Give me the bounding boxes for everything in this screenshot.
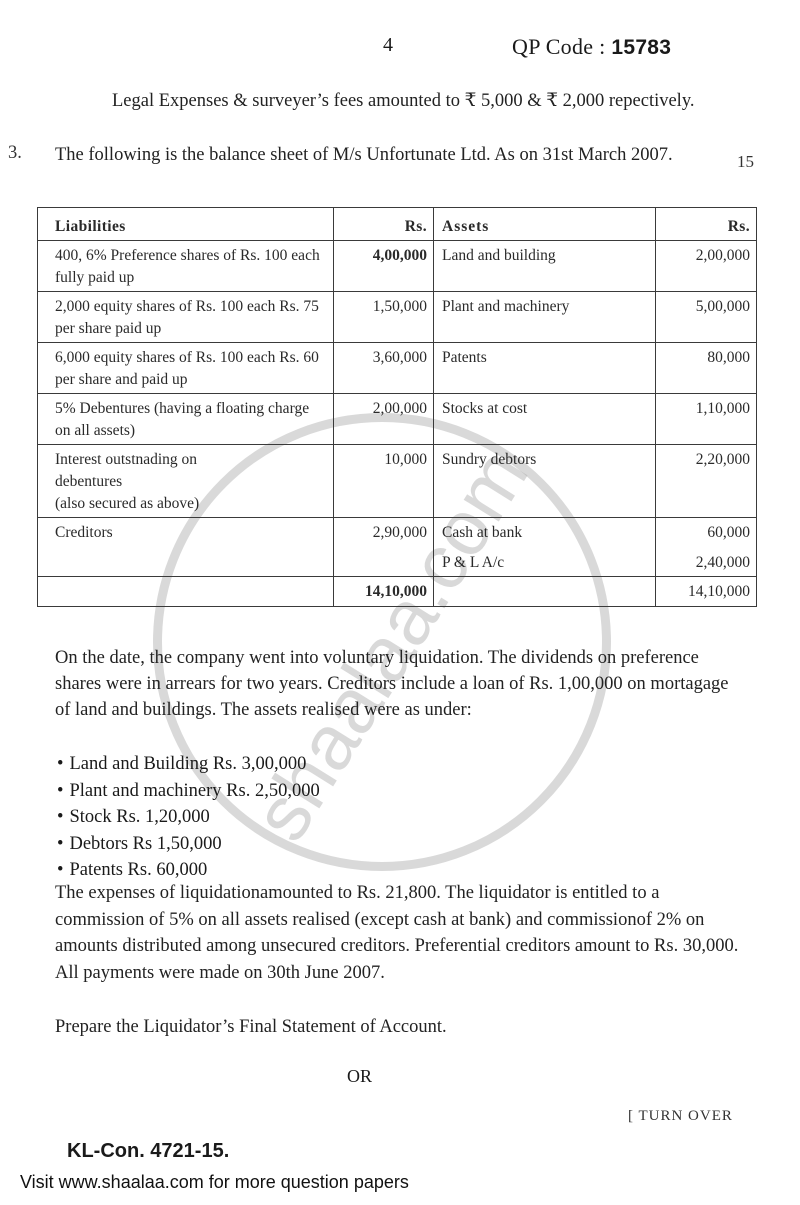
liability-line: (also secured as above)	[55, 493, 327, 515]
liability-amount: 2,90,000	[334, 518, 434, 577]
asset-cell: Cash at bank P & L A/c	[434, 518, 656, 577]
paper-code: KL-Con. 4721-15.	[67, 1140, 229, 1163]
asset-cell: Plant and machinery	[434, 292, 656, 343]
list-item: Plant and machinery Rs. 2,50,000	[57, 778, 320, 805]
list-item: Stock Rs. 1,20,000	[57, 804, 320, 831]
turn-over-note: [ TURN OVER	[628, 1108, 733, 1125]
liability-amount: 3,60,000	[334, 343, 434, 394]
liability-line: debentures	[55, 471, 327, 493]
table-row: 6,000 equity shares of Rs. 100 each Rs. …	[38, 343, 757, 394]
total-label-cell	[38, 577, 334, 607]
table-total-row: 14,10,000 14,10,000	[38, 577, 757, 607]
liability-total: 14,10,000	[334, 577, 434, 607]
table-row: 2,000 equity shares of Rs. 100 each Rs. …	[38, 292, 757, 343]
header-liabilities: Liabilities	[38, 208, 334, 241]
asset-total: 14,10,000	[656, 577, 757, 607]
header-asset-amount: Rs.	[656, 208, 757, 241]
balance-sheet-table: Liabilities Rs. Assets Rs. 400, 6% Prefe…	[37, 207, 757, 607]
liability-amount: 4,00,000	[334, 241, 434, 292]
liability-cell: 400, 6% Preference shares of Rs. 100 eac…	[38, 241, 334, 292]
asset-cell: Stocks at cost	[434, 394, 656, 445]
instruction: Prepare the Liquidator’s Final Statement…	[55, 1014, 447, 1040]
question-intro: The following is the balance sheet of M/…	[55, 142, 715, 168]
qp-code: QP Code : 15783	[512, 34, 671, 60]
asset-amount: 2,00,000	[656, 241, 757, 292]
table-row: 400, 6% Preference shares of Rs. 100 eac…	[38, 241, 757, 292]
page-number: 4	[383, 34, 393, 57]
qp-code-label: QP Code :	[512, 34, 611, 59]
liability-cell: 6,000 equity shares of Rs. 100 each Rs. …	[38, 343, 334, 394]
question-body: On the date, the company went into volun…	[55, 645, 735, 723]
asset-cell: Patents	[434, 343, 656, 394]
qp-code-number: 15783	[611, 36, 671, 59]
realisations-list: Land and Building Rs. 3,00,000 Plant and…	[57, 751, 320, 884]
asset-amount-line: 2,40,000	[660, 552, 750, 574]
asset-amount: 1,10,000	[656, 394, 757, 445]
or-separator: OR	[347, 1066, 372, 1087]
previous-question-continuation: Legal Expenses & surveyer’s fees amounte…	[112, 88, 712, 114]
liability-line: Interest outstnading on	[55, 449, 327, 471]
table-row: Creditors 2,90,000 Cash at bank P & L A/…	[38, 518, 757, 577]
total-asset-label-cell	[434, 577, 656, 607]
list-item: Debtors Rs 1,50,000	[57, 831, 320, 858]
asset-amount-line: 60,000	[660, 522, 750, 544]
liability-cell: 5% Debentures (having a floating charge …	[38, 394, 334, 445]
visit-link[interactable]: Visit www.shaalaa.com for more question …	[20, 1172, 409, 1193]
question-number: 3.	[8, 143, 22, 164]
asset-amount: 5,00,000	[656, 292, 757, 343]
asset-amount: 60,000 2,40,000	[656, 518, 757, 577]
liability-amount: 2,00,000	[334, 394, 434, 445]
asset-cell: Land and building	[434, 241, 656, 292]
question-marks: 15	[737, 152, 754, 172]
liability-cell: Interest outstnading on debentures (also…	[38, 445, 334, 518]
liability-cell: 2,000 equity shares of Rs. 100 each Rs. …	[38, 292, 334, 343]
header-assets: Assets	[434, 208, 656, 241]
list-item: Land and Building Rs. 3,00,000	[57, 751, 320, 778]
table-row: 5% Debentures (having a floating charge …	[38, 394, 757, 445]
asset-cell: Sundry debtors	[434, 445, 656, 518]
table-header-row: Liabilities Rs. Assets Rs.	[38, 208, 757, 241]
asset-amount: 80,000	[656, 343, 757, 394]
asset-line: Cash at bank	[442, 522, 649, 544]
liability-amount: 1,50,000	[334, 292, 434, 343]
expenses-paragraph: The expenses of liquidationamounted to R…	[55, 880, 745, 986]
asset-line: P & L A/c	[442, 552, 649, 574]
table-row: Interest outstnading on debentures (also…	[38, 445, 757, 518]
liability-cell: Creditors	[38, 518, 334, 577]
header-liab-amount: Rs.	[334, 208, 434, 241]
liability-amount: 10,000	[334, 445, 434, 518]
asset-amount: 2,20,000	[656, 445, 757, 518]
